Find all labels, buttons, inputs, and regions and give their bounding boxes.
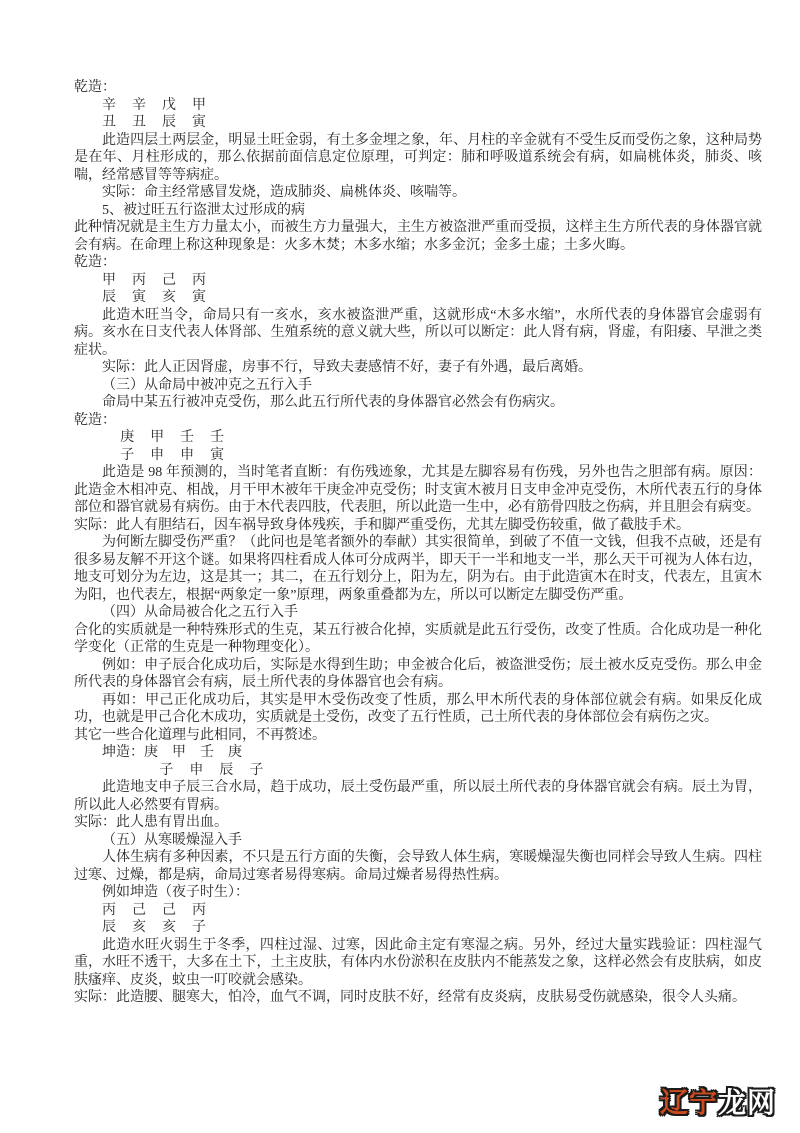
document-body: 乾造：辛 辛 戊 甲丑 丑 辰 寅此造四层土两层金，明显土旺金弱，有土多金埋之象… [74, 79, 762, 1007]
site-logo: 辽宁龙网 [660, 1081, 776, 1121]
paragraph: 此造地支申子辰三合水局，趋于成功，辰土受伤最严重，所以辰土所代表的身体器官就会有… [74, 779, 762, 814]
paragraph: 其它一些合化道理与此相同，不再赘述。 [74, 727, 762, 745]
page: { "page": { "background": "#ffffff", "te… [0, 0, 800, 1133]
paragraph: 坤造：庚 甲 壬 庚 [74, 744, 762, 762]
paragraph: （四）从命局被合化之五行入手 [74, 604, 762, 622]
paragraph: 乾造： [74, 254, 762, 272]
paragraph: 合化的实质就是一种特殊形式的生克，某五行被合化掉，实质就是此五行受伤，改变了性质… [74, 622, 762, 657]
bazi-pillars-line: 辰 亥 亥 子 [74, 919, 762, 937]
paragraph: 实际：此人患有胃出血。 [74, 814, 762, 832]
paragraph: 此造四层土两层金，明显土旺金弱，有土多金埋之象，年、月柱的辛金就有不受生反而受伤… [74, 132, 762, 185]
bazi-pillars-line: 辛 辛 戊 甲 [74, 97, 762, 115]
paragraph: 此造木旺当令，命局只有一亥水，亥水被盗泄严重，这就形成“木多水缩”，水所代表的身… [74, 307, 762, 360]
bazi-pillars-line: 子 申 辰 子 [74, 762, 762, 780]
paragraph: （三）从命局中被冲克之五行入手 [74, 377, 762, 395]
paragraph: 人体生病有多种因素，不只是五行方面的失衡，会导致人体生病，寒暖燥湿失衡也同样会导… [74, 849, 762, 884]
paragraph: 例如坤造（夜子时生）： [74, 884, 762, 902]
paragraph: 乾造： [74, 412, 762, 430]
paragraph: 乾造： [74, 79, 762, 97]
paragraph: 此种情况就是主生方力量太小，而被生方力量强大，主生方被盗泄严重而受损，这样主生方… [74, 219, 762, 254]
site-logo-part1: 辽宁 [660, 1087, 718, 1118]
bazi-pillars-line: 子 申 申 寅 [74, 447, 762, 465]
bazi-pillars-line: 甲 丙 己 丙 [74, 272, 762, 290]
paragraph: 实际：命主经常感冒发烧，造成肺炎、扁桃体炎、咳喘等。 [74, 184, 762, 202]
paragraph: 此造是 98 年预测的，当时笔者直断：有伤残迹象，尤其是左脚容易有伤残，另外也告… [74, 464, 762, 517]
paragraph: 实际：此造腰、腿寒大，怕冷，血气不调，同时皮肤不好，经常有皮炎病，皮肤易受伤就感… [74, 989, 762, 1007]
paragraph: 实际：此人正因肾虚，房事不行，导致夫妻感情不好，妻子有外遇，最后离婚。 [74, 359, 762, 377]
bazi-pillars-line: 丙 己 己 丙 [74, 902, 762, 920]
paragraph: 实际：此人有胆结石，因车祸导致身体残疾，手和脚严重受伤，尤其左脚受伤较重，做了截… [74, 517, 762, 535]
paragraph: 此造水旺火弱生于冬季，四柱过湿、过寒，因此命主定有寒湿之病。另外，经过大量实践验… [74, 937, 762, 990]
paragraph: 再如：甲己正化成功后，其实是甲木受伤改变了性质，那么甲木所代表的身体部位就会有病… [74, 692, 762, 727]
paragraph: 5、被过旺五行盗泄太过形成的病 [74, 202, 762, 220]
bazi-pillars-line: 庚 甲 壬 壬 [74, 429, 762, 447]
paragraph: （五）从寒暖燥湿入手 [74, 832, 762, 850]
paragraph: 例如：申子辰合化成功后，实际是水得到生助；申金被合化后，被盗泄受伤；辰土被水反克… [74, 657, 762, 692]
paragraph: 为何断左脚受伤严重？（此问也是笔者额外的奉献）其实很简单，到破了不值一文钱，但我… [74, 534, 762, 604]
bazi-pillars-line: 丑 丑 辰 寅 [74, 114, 762, 132]
paragraph: 命局中某五行被冲克受伤，那么此五行所代表的身体器官必然会有伤病灾。 [74, 394, 762, 412]
bazi-pillars-line: 辰 寅 亥 寅 [74, 289, 762, 307]
site-logo-part2: 龙网 [718, 1087, 776, 1118]
